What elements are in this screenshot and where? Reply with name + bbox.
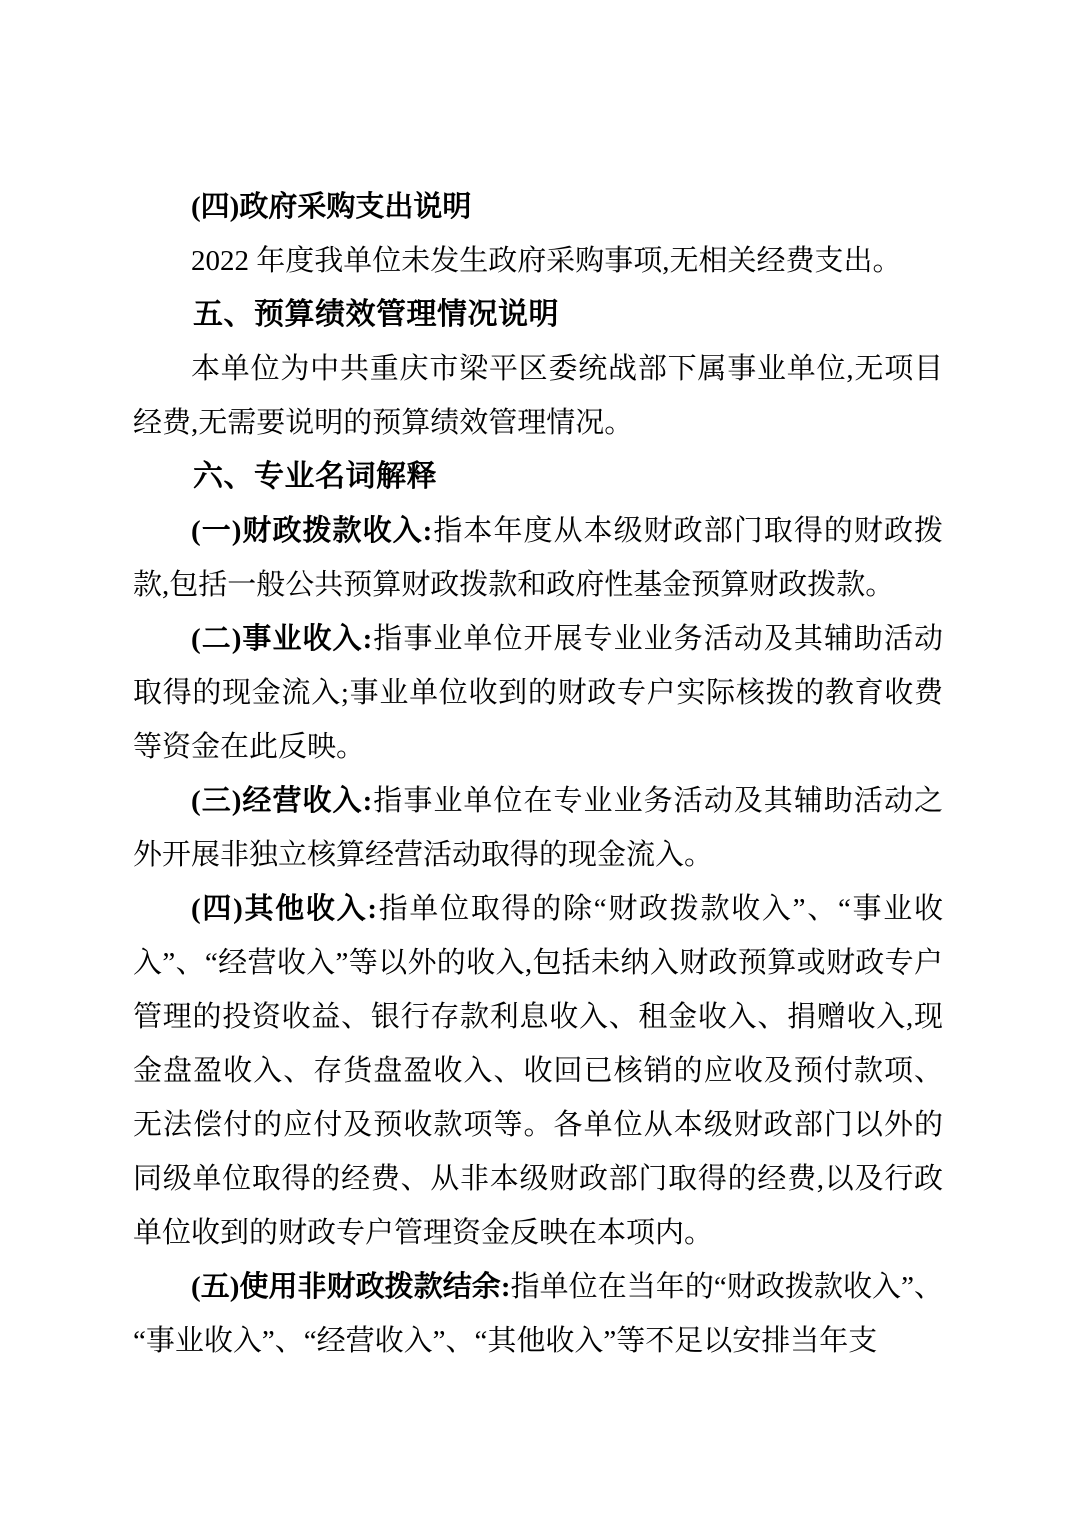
document-page: (四)政府采购支出说明 2022 年度我单位未发生政府采购事项,无相关经费支出。… [0, 0, 1075, 1521]
heading-government-procurement: (四)政府采购支出说明 [133, 180, 943, 234]
paragraph-performance-statement: 本单位为中共重庆市梁平区委统战部下属事业单位,无项目经费,无需要说明的预算绩效管… [133, 342, 943, 450]
heading-section-6-glossary: 六、专业名词解释 [133, 450, 943, 504]
term-other-income: (四)其他收入:指单位取得的除“财政拨款收入”、“事业收入”、“经营收入”等以外… [133, 882, 943, 1260]
term-lead: (二)事业收入: [191, 623, 372, 655]
paragraph-procurement-statement: 2022 年度我单位未发生政府采购事项,无相关经费支出。 [133, 234, 943, 288]
term-definition: 指单位取得的除“财政拨款收入”、“事业收入”、“经营收入”等以外的收入,包括未纳… [133, 893, 943, 1249]
term-lead: (三)经营收入: [191, 785, 372, 817]
document-body: (四)政府采购支出说明 2022 年度我单位未发生政府采购事项,无相关经费支出。… [133, 180, 943, 1368]
term-operational-income: (二)事业收入:指事业单位开展专业业务活动及其辅助活动取得的现金流入;事业单位收… [133, 612, 943, 774]
term-fiscal-appropriation-income: (一)财政拨款收入:指本年度从本级财政部门取得的财政拨款,包括一般公共预算财政拨… [133, 504, 943, 612]
term-non-fiscal-surplus: (五)使用非财政拨款结余:指单位在当年的“财政拨款收入”、“事业收入”、“经营收… [133, 1260, 943, 1368]
term-business-income: (三)经营收入:指事业单位在专业业务活动及其辅助活动之外开展非独立核算经营活动取… [133, 774, 943, 882]
term-lead: (五)使用非财政拨款结余: [191, 1271, 511, 1303]
term-lead: (一)财政拨款收入: [191, 515, 432, 547]
heading-section-5-budget-performance: 五、预算绩效管理情况说明 [133, 288, 943, 342]
term-lead: (四)其他收入: [191, 893, 377, 925]
